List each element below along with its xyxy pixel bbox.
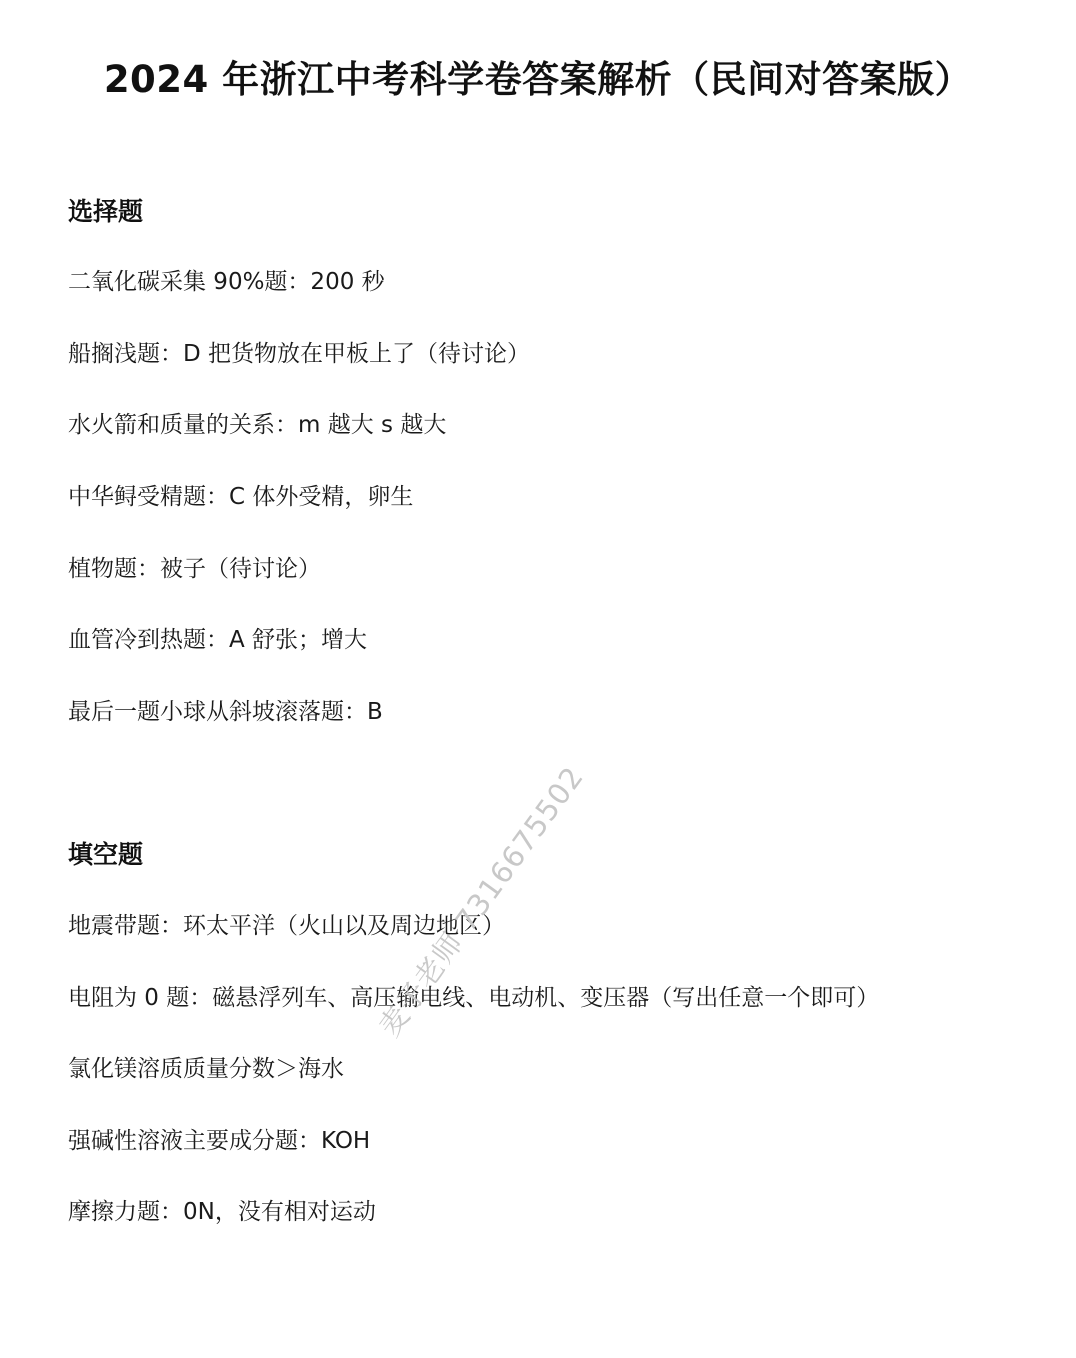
answer-line: 氯化镁溶质质量分数＞海水 bbox=[68, 1052, 344, 1086]
answer-line: 血管冷到热题：A 舒张；增大 bbox=[68, 623, 367, 657]
answer-line: 强碱性溶液主要成分题：KOH bbox=[68, 1124, 370, 1158]
answer-line: 植物题：被子（待讨论） bbox=[68, 552, 321, 586]
answer-line: 船搁浅题：D 把货物放在甲板上了（待讨论） bbox=[68, 337, 530, 371]
answer-line: 地震带题：环太平洋（火山以及周边地区） bbox=[68, 909, 505, 943]
answer-line: 水火箭和质量的关系：m 越大 s 越大 bbox=[68, 408, 446, 442]
answer-line: 最后一题小球从斜坡滚落题：B bbox=[68, 695, 383, 729]
answer-line: 电阻为 0 题：磁悬浮列车、高压输电线、电动机、变压器（写出任意一个即可） bbox=[68, 981, 879, 1015]
section-heading-fill-in-blank: 填空题 bbox=[68, 837, 143, 873]
answer-line: 二氧化碳采集 90%题：200 秒 bbox=[68, 265, 385, 299]
section-heading-multiple-choice: 选择题 bbox=[68, 194, 143, 230]
answer-line: 摩擦力题：0N，没有相对运动 bbox=[68, 1195, 376, 1229]
document-title: 2024 年浙江中考科学卷答案解析（民间对答案版） bbox=[0, 52, 1076, 108]
answer-line: 中华鲟受精题：C 体外受精，卵生 bbox=[68, 480, 413, 514]
